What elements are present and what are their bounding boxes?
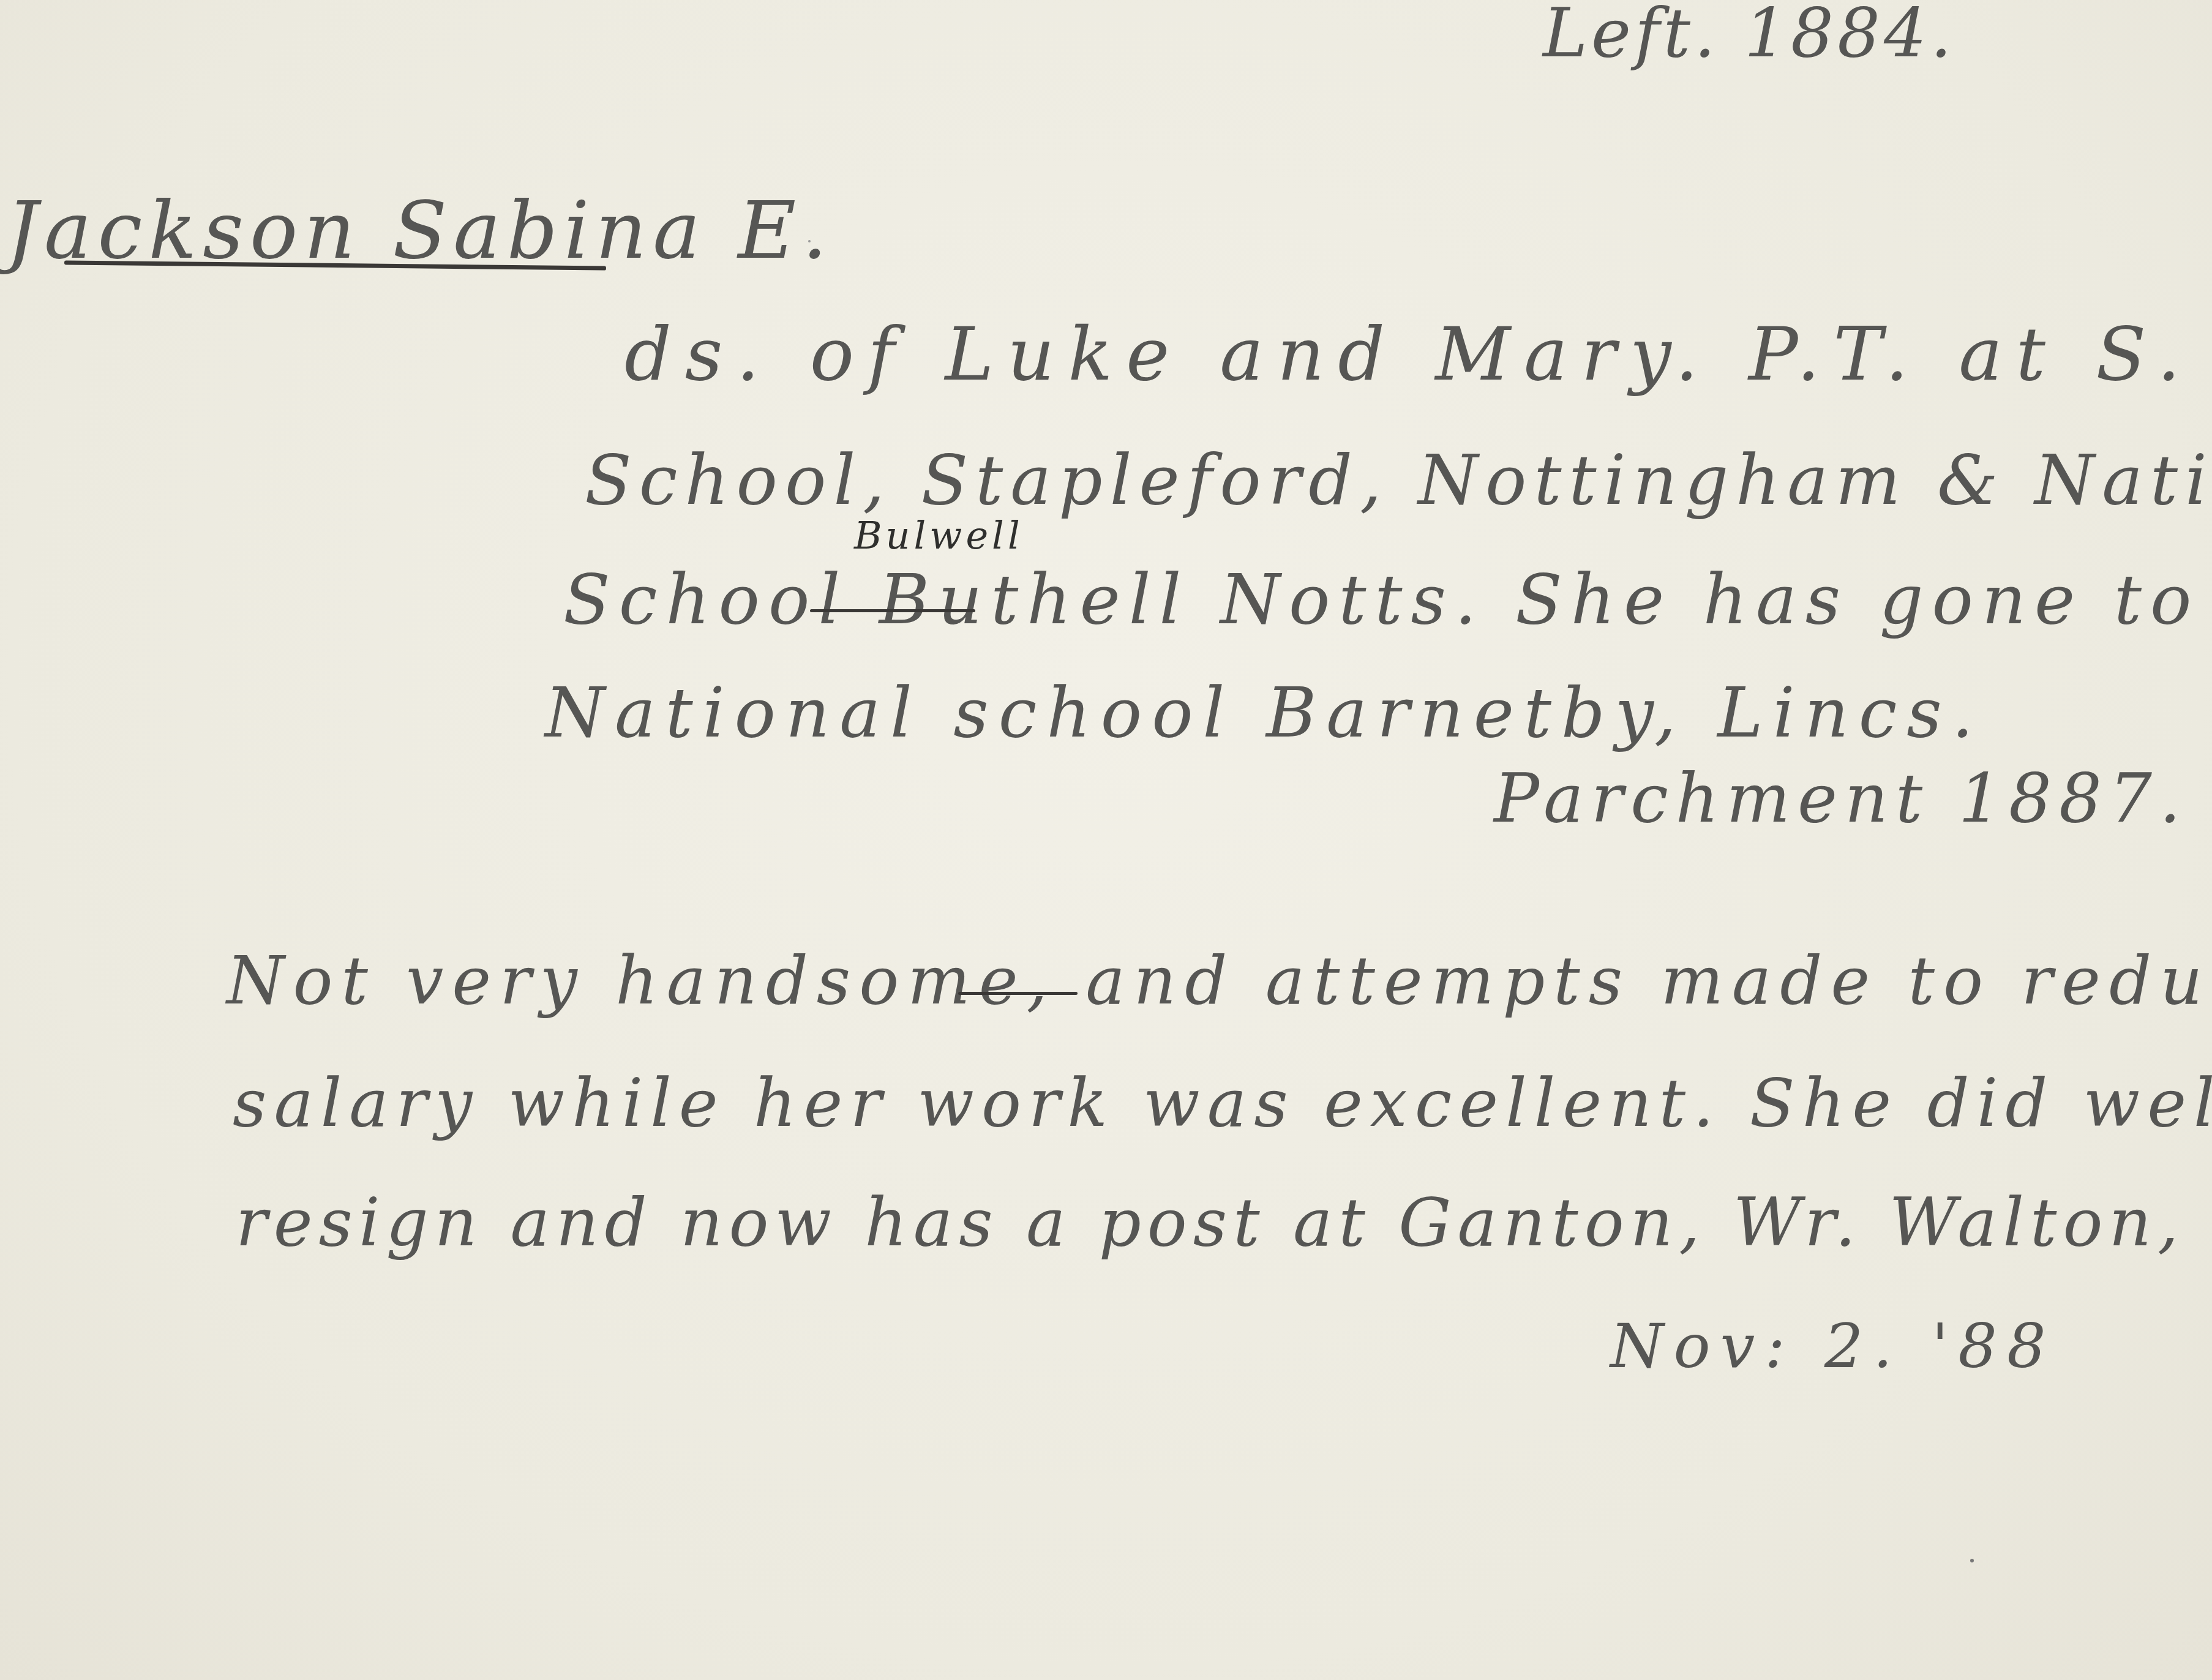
register-page: Left. 1884. Jackson Sabina E. ds. of Luk…: [0, 0, 2212, 1680]
remarks-line-3: resign and now has a post at Ganton, Wr.…: [236, 1185, 2212, 1261]
parchment-note: Parchment 1887.: [1494, 759, 2188, 838]
remarks-line-2: salary while her work was excellent. She…: [233, 1065, 2212, 1142]
strikethrough-buthell: [810, 609, 975, 612]
strikethrough-and: [958, 992, 1078, 995]
entry-line-3-text: School Buthell Notts. She has gone to th…: [563, 560, 2212, 640]
entry-line-4: National school Barnetby, Lincs.: [545, 673, 1983, 753]
entry-line-1: ds. of Luke and Mary. P.T. at S. John's: [624, 312, 2212, 397]
inserted-correction: Bulwell: [854, 513, 1024, 558]
left-date-note: Left. 1884.: [1543, 0, 1955, 72]
paper-speck: [808, 240, 811, 242]
entry-line-3: School Buthell Notts. She has gone to th…: [563, 560, 2212, 640]
remarks-line-1: Not very handsome, and attempts made to …: [227, 943, 2212, 1019]
entry-line-2: School, Stapleford, Nottingham & Nationa…: [585, 441, 2212, 520]
date-note: Nov: 2. '88: [1610, 1310, 2056, 1382]
paper-speck: [1970, 1559, 1974, 1562]
